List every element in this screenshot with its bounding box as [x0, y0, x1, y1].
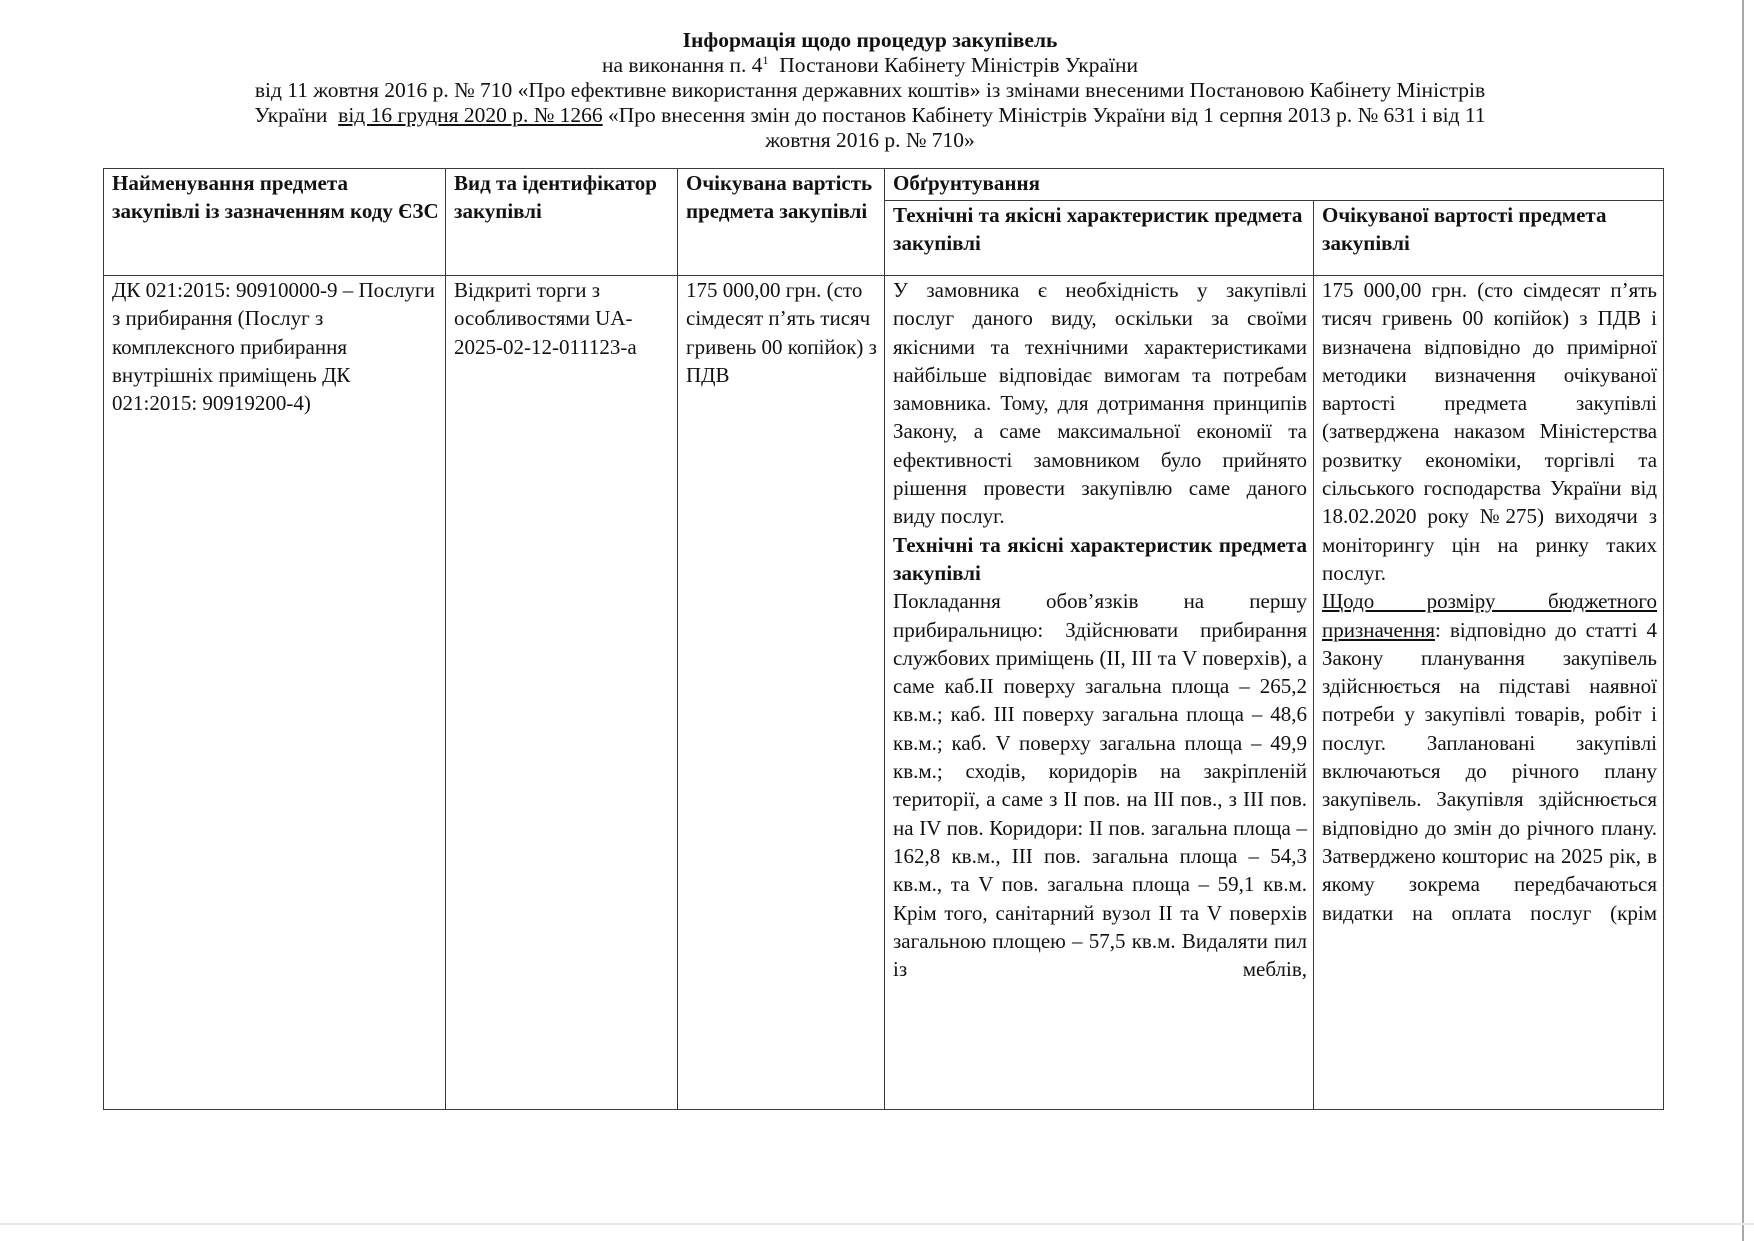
- col-header-name: Найменування предмета закупівлі із зазна…: [104, 169, 446, 276]
- document-header: Інформація щодо процедур закупівель на в…: [130, 28, 1610, 153]
- col-header-cost: Очікувана вартість предмета закупівлі: [678, 169, 885, 276]
- header-line-2-suffix: Постанови Кабінету Міністрів України: [769, 53, 1138, 77]
- col-header-basis: Обґрунтування: [885, 169, 1664, 201]
- header-line-4-suffix: «Про внесення змін до постанов Кабінету …: [603, 103, 1486, 127]
- document-title: Інформація щодо процедур закупівель: [130, 28, 1610, 53]
- tech-heading: Технічні та якісні характеристик предмет…: [893, 531, 1307, 588]
- header-line-4-prefix: України: [254, 103, 338, 127]
- tech-paragraph-2: Покладання обов’язків на першу прибираль…: [893, 587, 1307, 983]
- scan-edge-vertical: [1742, 0, 1744, 1241]
- header-line-3: від 11 жовтня 2016 р. № 710 «Про ефектив…: [130, 78, 1610, 103]
- header-line-4: України від 16 грудня 2020 р. № 1266 «Пр…: [130, 103, 1610, 128]
- cell-basis-tech: У замовника є необхідність у закупівлі п…: [885, 276, 1314, 1110]
- header-line-2-prefix: на виконання п. 4: [602, 53, 763, 77]
- col-header-basis-tech: Технічні та якісні характеристик предмет…: [885, 201, 1314, 276]
- cell-basis-cost: 175 000,00 грн. (сто сімдесят п’ять тися…: [1314, 276, 1664, 1110]
- cell-name: ДК 021:2015: 90910000-9 – Послуги з приб…: [104, 276, 446, 1110]
- table-row: ДК 021:2015: 90910000-9 – Послуги з приб…: [104, 276, 1664, 1110]
- scan-edge-horizontal: [0, 1223, 1754, 1225]
- cell-type: Відкриті торги з особливостями UA-2025-0…: [446, 276, 678, 1110]
- cost-paragraph-1: 175 000,00 грн. (сто сімдесят п’ять тися…: [1322, 276, 1657, 587]
- col-header-type: Вид та ідентифікатор закупівлі: [446, 169, 678, 276]
- col-header-basis-cost: Очікуваної вартості предмета закупівлі: [1314, 201, 1664, 276]
- header-line-2: на виконання п. 41 Постанови Кабінету Мі…: [130, 53, 1610, 78]
- procurement-table: Найменування предмета закупівлі із зазна…: [103, 168, 1664, 1110]
- cell-cost: 175 000,00 грн. (сто сімдесят п’ять тися…: [678, 276, 885, 1110]
- table-header-row: Найменування предмета закупівлі із зазна…: [104, 169, 1664, 201]
- header-line-5: жовтня 2016 р. № 710»: [130, 128, 1610, 153]
- header-line-4-underlined: від 16 грудня 2020 р. № 1266: [338, 103, 602, 127]
- tech-paragraph-1: У замовника є необхідність у закупівлі п…: [893, 276, 1307, 531]
- cost-paragraph-2: Щодо розміру бюджетного призначення: від…: [1322, 587, 1657, 927]
- budget-text: : відповідно до статті 4 Закону плануван…: [1322, 618, 1657, 925]
